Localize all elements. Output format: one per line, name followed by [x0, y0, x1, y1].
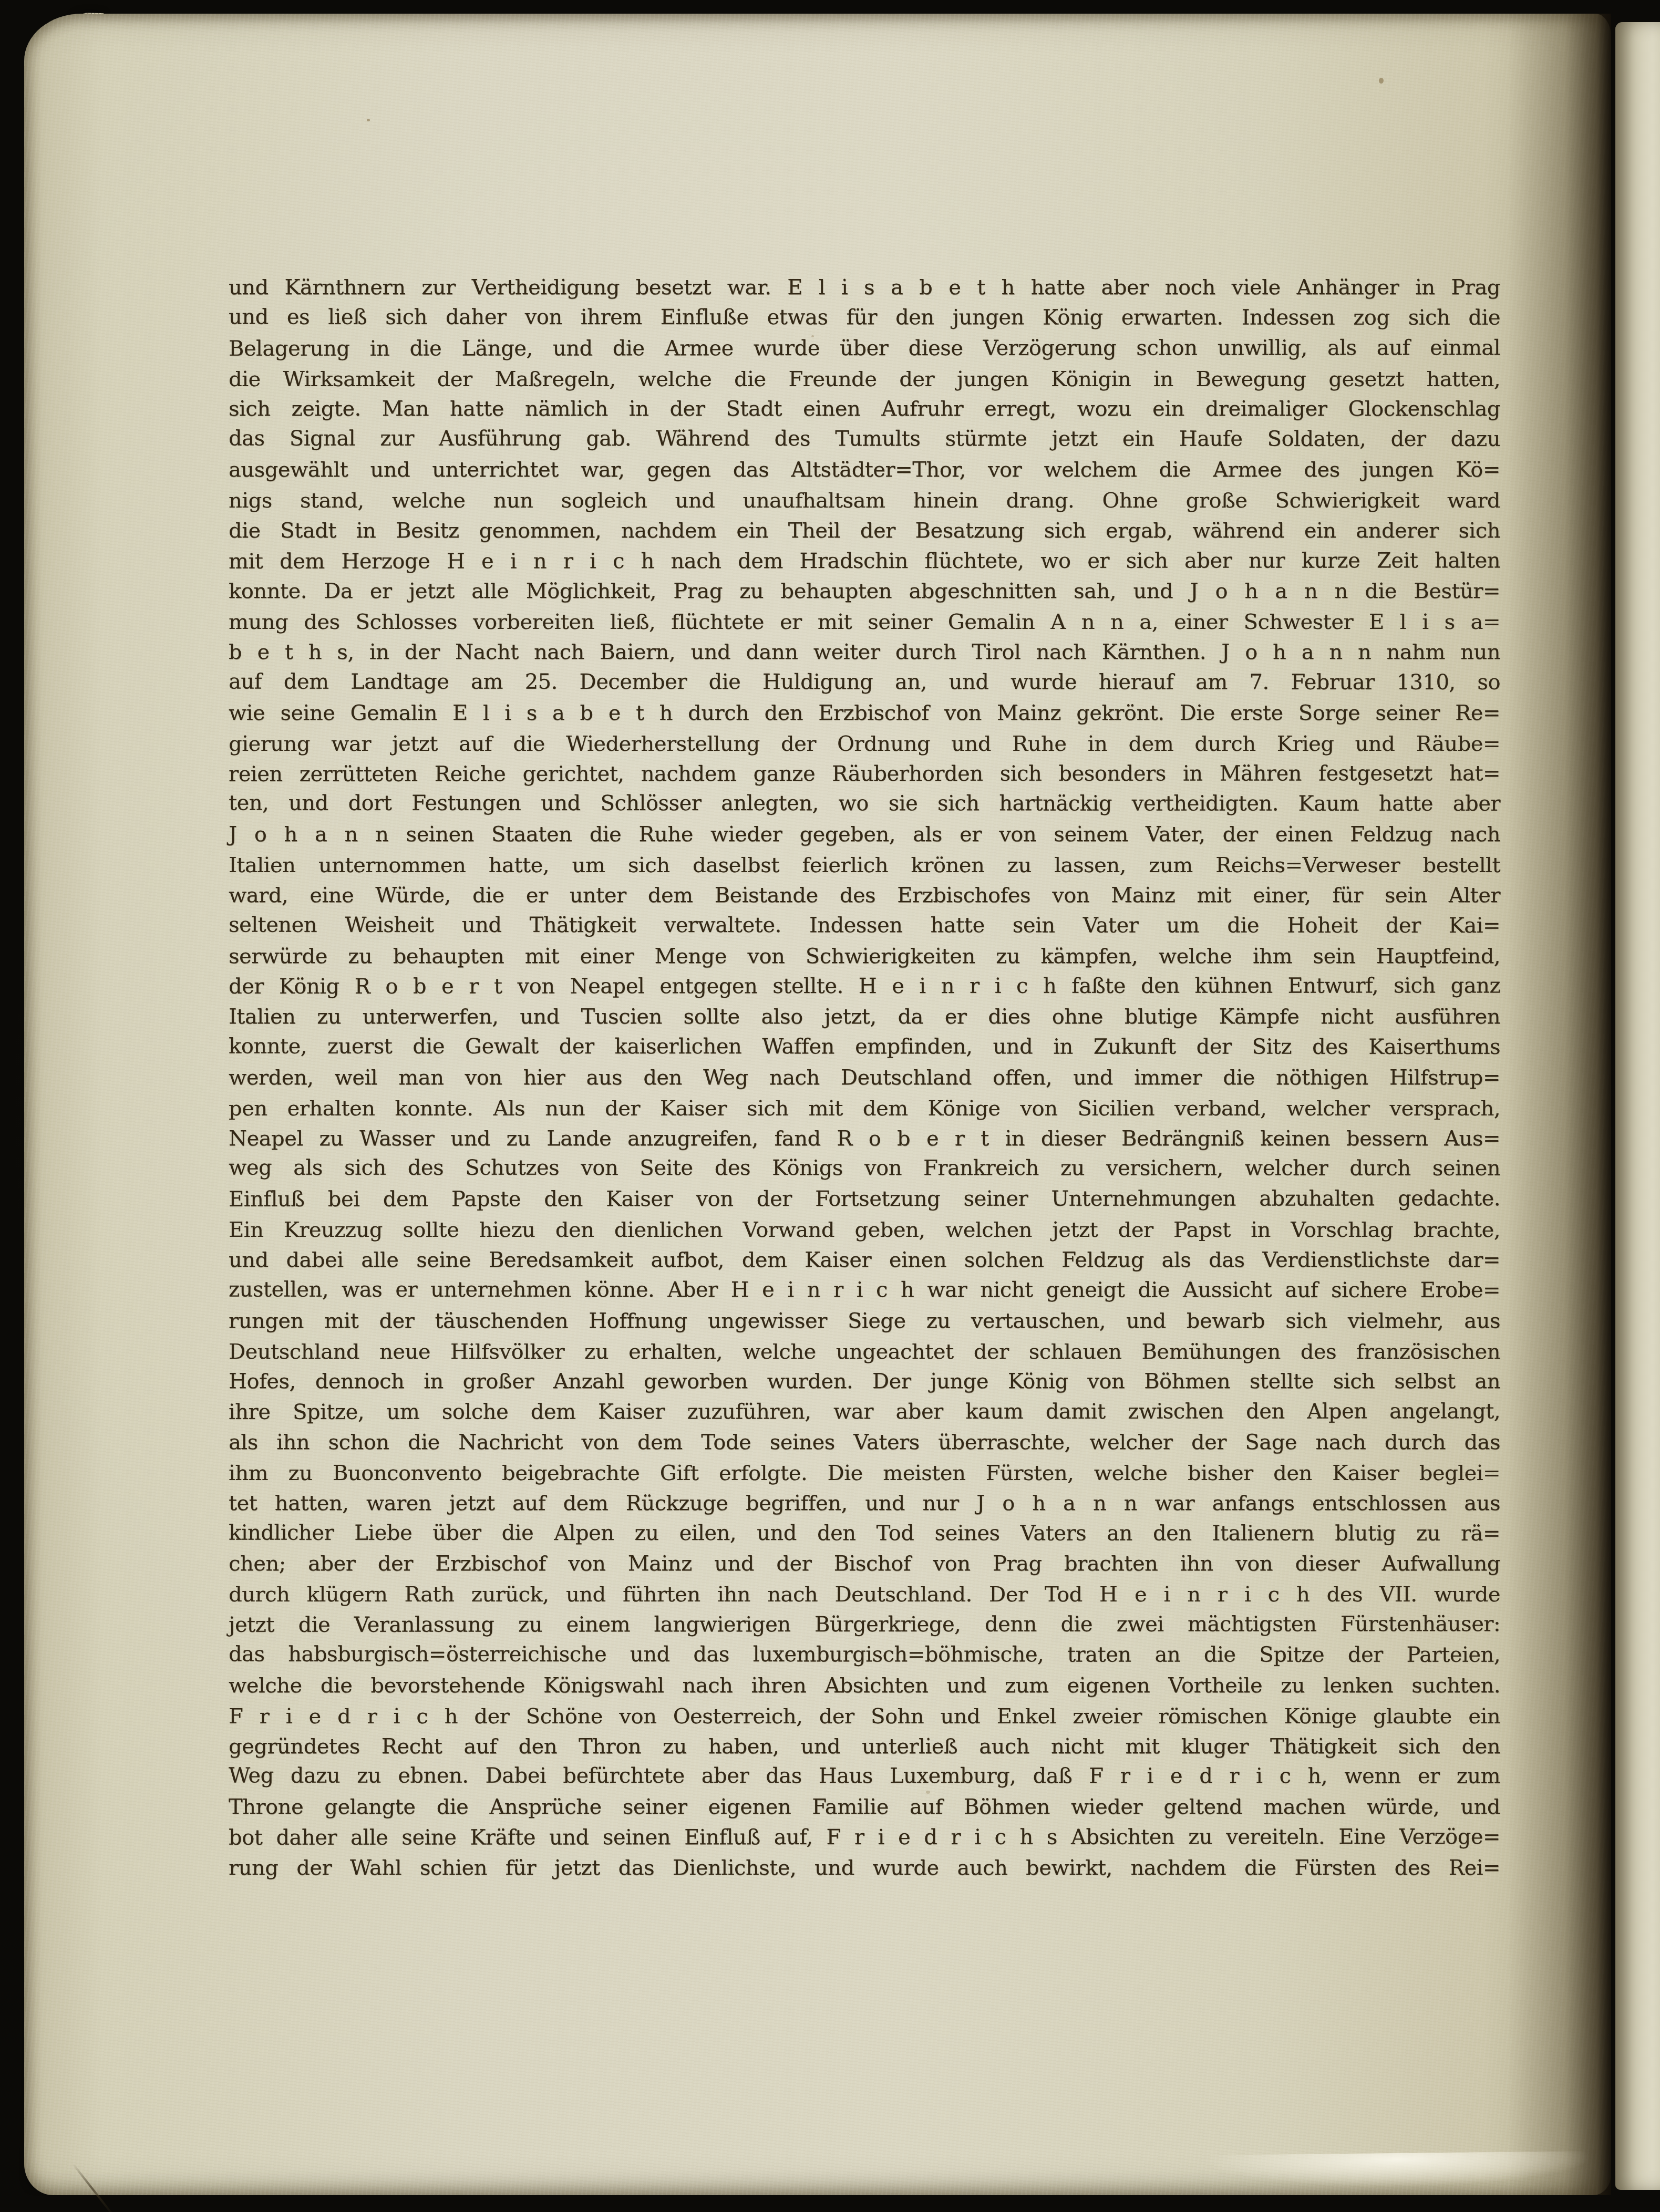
paper-speck [1379, 78, 1384, 84]
text-line: sich zeigte. Man hatte nämlich in der St… [229, 394, 1500, 425]
text-block: und Kärnthnern zur Vertheidigung besetzt… [229, 273, 1500, 1884]
text-line: das Signal zur Ausführung gab. Während d… [229, 424, 1500, 455]
adjacent-page-edge [1615, 22, 1660, 2190]
text-line: weg als sich des Schutzes von Seite des … [229, 1153, 1500, 1184]
text-line: Italien unternommen hatte, um sich dasel… [229, 851, 1500, 881]
text-line: gegründetes Recht auf den Thron zu haben… [229, 1732, 1500, 1762]
text-line: pen erhalten konnte. Als nun der Kaiser … [229, 1094, 1500, 1124]
text-line: konnte. Da er jetzt alle Möglichkeit, Pr… [229, 576, 1500, 607]
text-line: gierung war jetzt auf die Wiederherstell… [229, 729, 1500, 759]
text-line: Belagerung in die Länge, und die Armee w… [229, 333, 1500, 365]
text-line: ihm zu Buonconvento beigebrachte Gift er… [229, 1459, 1500, 1489]
text-line: ward, eine Würde, die er unter dem Beist… [229, 881, 1500, 911]
text-line: ausgewählt und unterrichtet war, gegen d… [229, 455, 1500, 485]
text-line: Throne gelangte die Ansprüche seiner eig… [229, 1792, 1500, 1823]
text-line: die Stadt in Besitz genommen, nachdem ei… [229, 516, 1500, 546]
book-scan-photo: und Kärnthnern zur Vertheidigung besetzt… [0, 0, 1660, 2212]
text-line: Ein Kreuzzug sollte hiezu den dienlichen… [229, 1215, 1500, 1246]
text-line: und Kärnthnern zur Vertheidigung besetzt… [229, 273, 1500, 303]
text-line: der König R o b e r t von Neapel entgege… [229, 971, 1500, 1003]
text-line: auf dem Landtage am 25. December die Hul… [229, 667, 1500, 698]
text-line: Einfluß bei dem Papste den Kaiser von de… [229, 1184, 1500, 1215]
text-line: ihre Spitze, um solche dem Kaiser zuzufü… [229, 1397, 1500, 1428]
text-line: tet hatten, waren jetzt auf dem Rückzuge… [229, 1489, 1500, 1519]
text-line: mit dem Herzoge H e i n r i c h nach dem… [229, 546, 1500, 577]
text-line: Weg dazu zu ebnen. Dabei befürchtete abe… [229, 1761, 1500, 1792]
text-line: serwürde zu behaupten mit einer Menge vo… [229, 942, 1500, 972]
text-line: Italien zu unterwerfen, und Tuscien soll… [229, 1002, 1500, 1032]
text-line: mung des Schlosses vorbereiten ließ, flü… [229, 607, 1500, 638]
text-line: und dabei alle seine Beredsamkeit aufbot… [229, 1245, 1500, 1276]
text-line: Deutschland neue Hilfsvölker zu erhalten… [229, 1337, 1500, 1367]
text-line: seltenen Weisheit und Thätigkeit verwalt… [229, 910, 1500, 941]
text-line: Hofes, dennoch in großer Anzahl geworben… [229, 1367, 1500, 1397]
text-line: kindlicher Liebe über die Alpen zu eilen… [229, 1518, 1500, 1549]
text-line: zustellen, was er unternehmen könne. Abe… [229, 1275, 1500, 1306]
text-line: die Wirksamkeit der Maßregeln, welche di… [229, 364, 1500, 395]
text-line: und es ließ sich daher von ihrem Einfluß… [229, 302, 1500, 333]
book-page: und Kärnthnern zur Vertheidigung besetzt… [24, 14, 1611, 2195]
text-line: das habsburgisch=österreichische und das… [229, 1640, 1500, 1671]
text-line: werden, weil man von hier aus den Weg na… [229, 1063, 1500, 1093]
text-line: J o h a n n seinen Staaten die Ruhe wied… [229, 820, 1500, 850]
text-line: b e t h s, in der Nacht nach Baiern, und… [229, 637, 1500, 668]
text-line: durch klügern Rath zurück, und führten i… [229, 1580, 1500, 1610]
text-line: welche die bevorstehende Königswahl nach… [229, 1671, 1500, 1701]
text-line: rungen mit der täuschenden Hoffnung unge… [229, 1306, 1500, 1337]
text-line: rung der Wahl schien für jetzt das Dienl… [229, 1853, 1500, 1884]
text-line: bot daher alle seine Kräfte und seinen E… [229, 1822, 1500, 1854]
text-line: chen; aber der Erzbischof von Mainz und … [229, 1549, 1500, 1579]
text-line: reien zerrütteten Reiche gerichtet, nach… [229, 759, 1500, 790]
text-line: Neapel zu Wasser und zu Lande anzugreife… [229, 1124, 1500, 1154]
text-line: als ihn schon die Nachricht von dem Tode… [229, 1428, 1500, 1458]
text-line: F r i e d r i c h der Schöne von Oesterr… [229, 1701, 1500, 1732]
text-line: jetzt die Veranlassung zu einem langwier… [229, 1609, 1500, 1641]
text-line: wie seine Gemalin E l i s a b e t h durc… [229, 698, 1500, 729]
text-line: ten, und dort Festungen und Schlösser an… [229, 789, 1500, 820]
text-line: nigs stand, welche nun sogleich und unau… [229, 486, 1500, 516]
text-line: konnte, zuerst die Gewalt der kaiserlich… [229, 1032, 1500, 1063]
paper-speck [367, 119, 370, 121]
corner-crease [72, 2163, 112, 2212]
